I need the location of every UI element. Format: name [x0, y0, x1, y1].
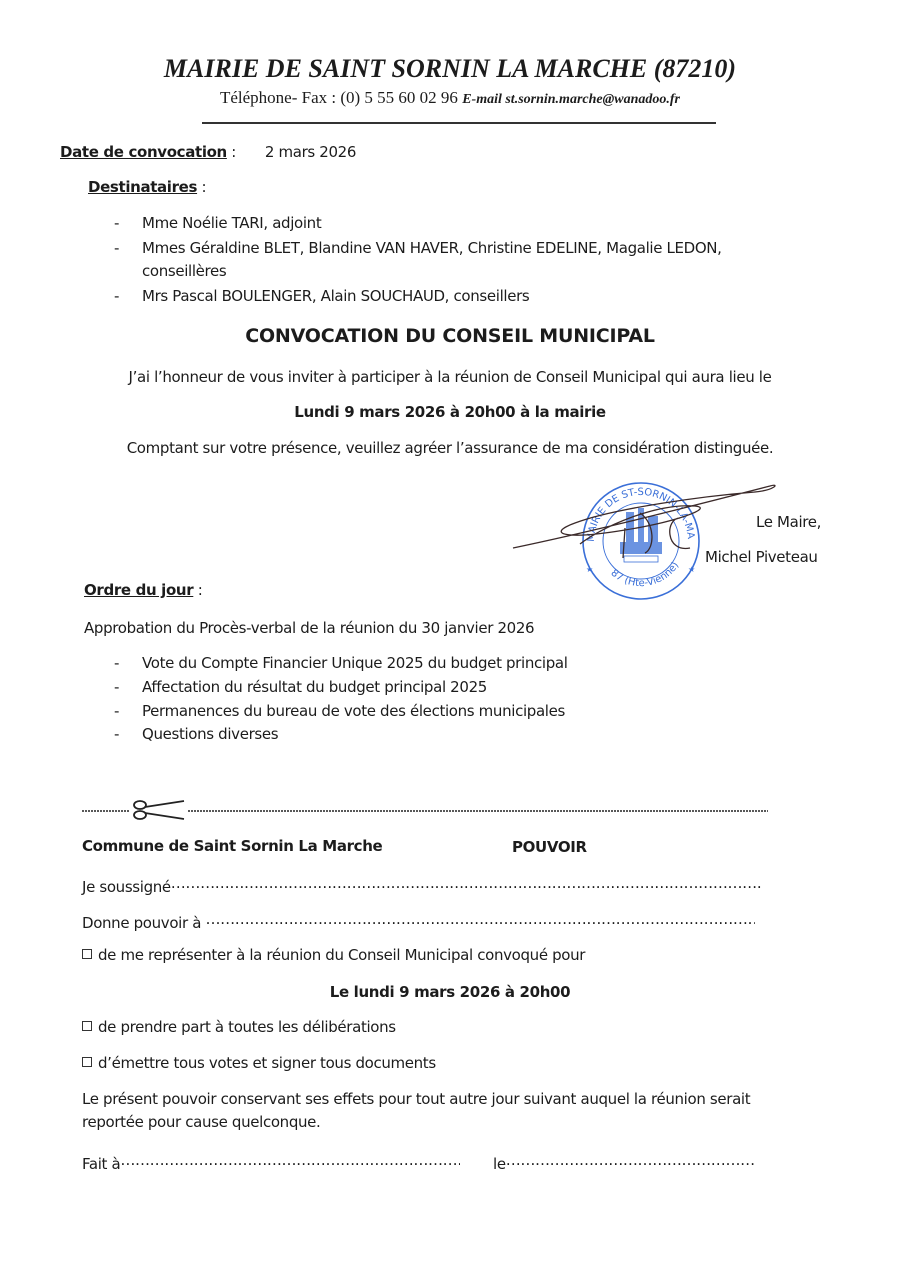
- checkbox[interactable]: [82, 1021, 92, 1031]
- validity-text-line1: Le présent pouvoir conservant ses effets…: [82, 1090, 750, 1108]
- commune-name: Commune de Saint Sornin La Marche: [82, 837, 382, 855]
- recipient-text: Mme Noélie TARI, adjoint: [142, 214, 321, 232]
- mairie-contact: Téléphone- Fax : (0) 5 55 60 02 96 E-mai…: [0, 88, 900, 108]
- place-blank[interactable]: ……………………………………………………………………………………………: [120, 1151, 460, 1169]
- convocation-title: CONVOCATION DU CONSEIL MUNICIPAL: [0, 325, 900, 347]
- convocation-intro: J’ai l’honneur de vous inviter à partici…: [0, 368, 900, 386]
- checkbox[interactable]: [82, 949, 92, 959]
- email: E-mail st.sornin.marche@wanadoo.fr: [462, 92, 680, 107]
- agenda-item: -Questions diverses: [114, 725, 278, 743]
- recipients-label: Destinataires: [88, 178, 197, 196]
- recipient-text: Mmes Géraldine BLET, Blandine VAN HAVER,…: [142, 239, 722, 257]
- mayor-name: Michel Piveteau: [705, 548, 818, 566]
- undersigned-blank[interactable]: ……………………………………………………………………………………………………………: [171, 874, 761, 892]
- undersigned-label: Je soussigné: [82, 878, 171, 896]
- agenda-label: Ordre du jour: [84, 581, 193, 599]
- undersigned-field[interactable]: Je soussigné……………………………………………………………………………: [82, 874, 766, 896]
- proxy-title: POUVOIR: [512, 838, 587, 856]
- separator: :: [227, 143, 236, 161]
- date-label: le: [493, 1155, 506, 1173]
- deliberations-option-label: de prendre part à toutes les délibératio…: [98, 1018, 396, 1036]
- represent-option-label: de me représenter à la réunion du Consei…: [98, 946, 585, 964]
- checkbox[interactable]: [82, 1057, 92, 1067]
- represent-option[interactable]: de me représenter à la réunion du Consei…: [82, 946, 585, 964]
- convocation-date-label: Date de convocation: [60, 143, 227, 161]
- cut-line: [82, 797, 768, 821]
- header-rule: [202, 122, 716, 124]
- votes-option[interactable]: d’émettre tous votes et signer tous docu…: [82, 1054, 436, 1072]
- phone-fax: Téléphone- Fax : (0) 5 55 60 02 96: [220, 88, 458, 107]
- list-item: -Mme Noélie TARI, adjoint: [114, 214, 321, 232]
- recipients-heading: Destinataires :: [88, 178, 206, 196]
- date-field[interactable]: le…………………………………………………………………………: [493, 1151, 756, 1173]
- place-field[interactable]: Fait à……………………………………………………………………………………………: [82, 1151, 460, 1173]
- proxy-meeting-datetime: Le lundi 9 mars 2026 à 20h00: [0, 983, 900, 1001]
- agenda-item: -Vote du Compte Financier Unique 2025 du…: [114, 654, 568, 672]
- date-blank[interactable]: …………………………………………………………………………: [506, 1151, 756, 1169]
- agenda-item-text: Vote du Compte Financier Unique 2025 du …: [142, 654, 568, 672]
- agenda-item-text: Affectation du résultat du budget princi…: [142, 678, 487, 696]
- place-label: Fait à: [82, 1155, 120, 1173]
- agenda-item-text: Permanences du bureau de vote des électi…: [142, 702, 565, 720]
- convocation-date-value: 2 mars 2026: [265, 143, 356, 161]
- agenda-item: -Affectation du résultat du budget princ…: [114, 678, 487, 696]
- agenda-intro: Approbation du Procès-verbal de la réuni…: [84, 619, 534, 637]
- agenda-heading: Ordre du jour :: [84, 581, 202, 599]
- list-item: -Mrs Pascal BOULENGER, Alain SOUCHAUD, c…: [114, 287, 529, 305]
- separator: :: [197, 178, 206, 196]
- agenda-item-text: Questions diverses: [142, 725, 278, 743]
- grant-field[interactable]: Donne pouvoir à …………………………………………………………………: [82, 910, 766, 932]
- deliberations-option[interactable]: de prendre part à toutes les délibératio…: [82, 1018, 396, 1036]
- mayor-role: Le Maire,: [756, 513, 821, 531]
- votes-option-label: d’émettre tous votes et signer tous docu…: [98, 1054, 436, 1072]
- meeting-datetime: Lundi 9 mars 2026 à 20h00 à la mairie: [0, 403, 900, 421]
- separator: :: [193, 581, 202, 599]
- validity-text-line2: reportée pour cause quelconque.: [82, 1113, 320, 1131]
- grant-label: Donne pouvoir à: [82, 914, 205, 932]
- mairie-title: MAIRIE DE SAINT SORNIN LA MARCHE (87210): [0, 54, 900, 84]
- convocation-date: Date de convocation : 2 mars 2026: [60, 143, 356, 161]
- convocation-closing: Comptant sur votre présence, veuillez ag…: [0, 439, 900, 457]
- grant-blank[interactable]: ……………………………………………………………………………………………………………: [205, 910, 755, 928]
- list-item-continuation: conseillères: [142, 262, 226, 280]
- agenda-item: -Permanences du bureau de vote des élect…: [114, 702, 565, 720]
- list-item: -Mmes Géraldine BLET, Blandine VAN HAVER…: [114, 239, 722, 257]
- recipient-text: Mrs Pascal BOULENGER, Alain SOUCHAUD, co…: [142, 287, 529, 305]
- scissors-icon: [134, 801, 184, 819]
